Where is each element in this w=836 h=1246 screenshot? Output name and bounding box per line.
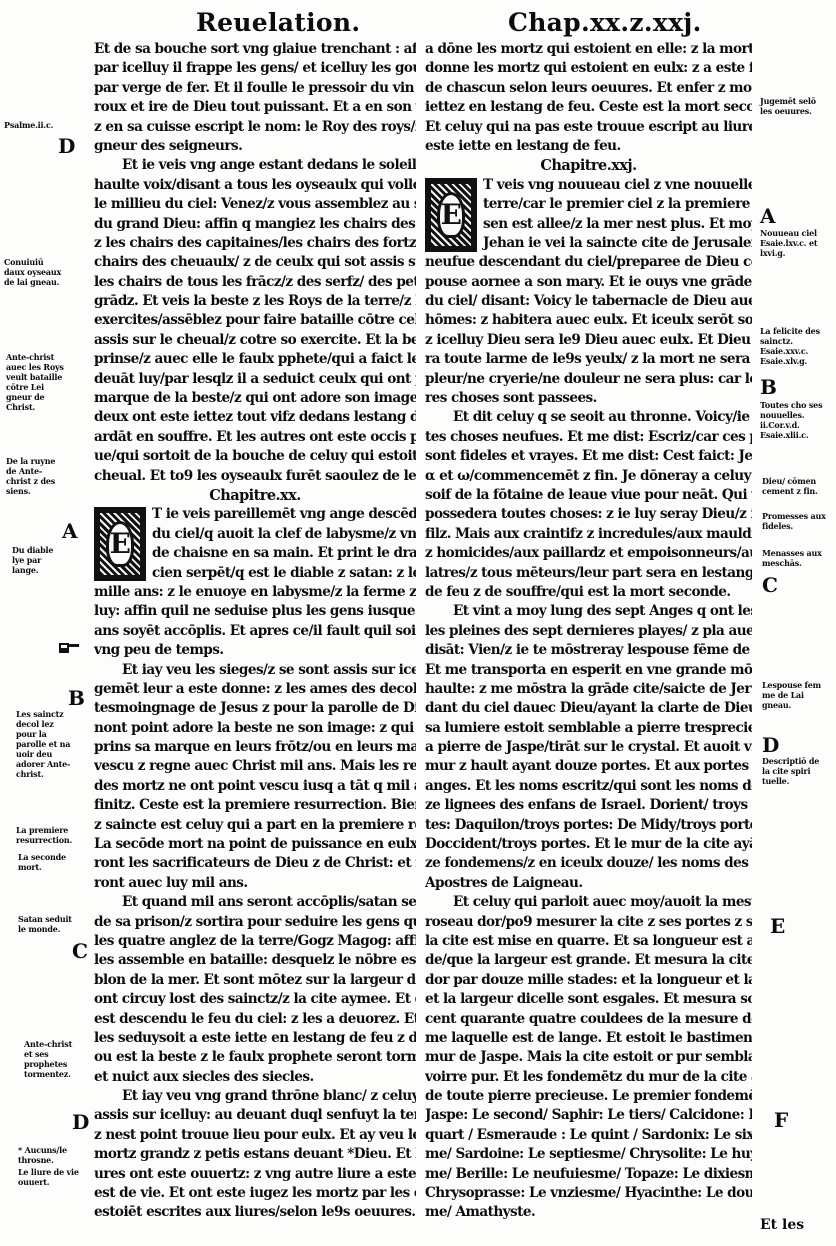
text-line: haulte: z me mōstra la grāde cite/saicte… (425, 680, 752, 699)
text-line: Et vint a moy lung des sept Anges q ont … (425, 602, 752, 621)
margin-note-satan-deslie: Satan seduit le monde. (18, 914, 74, 934)
margin-note-iugement: Jugemēt selō les oeuures. (760, 96, 826, 116)
text-line: mur z hault ayant douze portes. Et aux p… (425, 757, 752, 776)
text-line: α et ω/commencemēt z fin. Je dōneray a c… (425, 467, 752, 486)
margin-note-antichrist-rois: Ante-christ auec les Roys veult bataille… (6, 352, 68, 412)
text-line: ont circuy lost des sainctz/z la cite ay… (94, 990, 416, 1009)
text-line: du ciel/ disant: Voicy le tabernacle de … (425, 292, 752, 311)
text-line: me/ Berille: Le neufuiesme/ Topaze: Le d… (425, 1165, 752, 1184)
text-line: luy: affin quil ne seduise plus les gens… (94, 602, 416, 621)
text-line: z en sa cuisse escript le nom: le Roy de… (94, 118, 416, 137)
text-line: z saincte est celuy qui a part en la pre… (94, 816, 416, 835)
text-line: assis sur icelluy: au deuant duql senfuy… (94, 1106, 416, 1125)
text-line: pleur/ne cryerie/ne douleur ne sera plus… (425, 370, 752, 389)
text-line: ze fondemens/z en iceulx douze/ les noms… (425, 854, 752, 873)
text-line: sont fideles et vrayes. Et me dist: Cest… (425, 447, 752, 466)
drop-letter: E (437, 192, 465, 238)
text-line: ans soyēt accōplis. Et apres ce/il fault… (94, 622, 416, 641)
text-line: ou est la beste z le faulx prophete sero… (94, 1048, 416, 1067)
text-line: et nuict aux siecles des siecles. (94, 1068, 416, 1087)
text-line: z les chairs des capitaines/les chairs d… (94, 234, 416, 253)
text-line: des mortz ne ont point vescu iusq a tāt … (94, 777, 416, 796)
text-line: par verge de fer. Et il foulle le presso… (94, 79, 416, 98)
text-line: Et iay veu les sieges/z se sont assis su… (94, 661, 416, 680)
text-line: ront auec luy mil ans. (94, 874, 416, 893)
text-line: les chairs de tous les frācz/z des serfz… (94, 273, 416, 292)
text-line: pouse aornee a son mary. Et ie ouys vne … (425, 273, 752, 292)
text-line: cheual. Et to9 les oyseaulx furēt saoule… (94, 467, 416, 486)
text-line: mur de Jaspe. Mais la cite estoit or pur… (425, 1048, 752, 1067)
text-line: Et de sa bouche sort vng glaiue trenchan… (94, 40, 416, 59)
text-line: mortz grandz z petis estans deuant *Dieu… (94, 1145, 416, 1164)
margin-note-dieu-commencement: Dieu/ cōmen cement z fin. (762, 476, 828, 496)
section-marker-d-right: D (762, 735, 779, 755)
text-line: Et celuy qui parloit auec moy/auoit la m… (425, 893, 752, 912)
text-line: est descendu le feu du ciel: z les a deu… (94, 1010, 416, 1029)
text-line: Et celuy qui na pas este trouue escript … (425, 118, 752, 137)
text-line: roux et ire de Dieu tout puissant. Et a … (94, 98, 416, 117)
text-line: Et ie veis vng ange estant dedans le sol… (94, 156, 416, 175)
text-line: ze lignees des enfans de Israel. Dorient… (425, 796, 752, 815)
text-line: tes: Daquilon/troys portes: De Midy/troy… (425, 816, 752, 835)
margin-note-psalme: Psalme.ii.c. (4, 120, 64, 130)
text-line: gemēt leur a este donne: z les ames des … (94, 680, 416, 699)
margin-note-diable-lye: Du diable lye par lange. (12, 545, 68, 575)
margin-note-conuiuium: Conuiuiū daux oyseaux de lai gneau. (4, 257, 66, 287)
text-line: les seduysoit a este iette en lestang de… (94, 1029, 416, 1048)
text-line: me/ Sardoine: Le septiesme/ Chrysolite: … (425, 1145, 752, 1164)
section-marker-c-right: C (762, 575, 778, 595)
text-line: dor par douze mille stades: et la longue… (425, 971, 752, 990)
text-line: ra toute larme de le9s yeulx/ z la mort … (425, 350, 752, 369)
text-line: finitz. Ceste est la premiere resurrecti… (94, 796, 416, 815)
margin-note-antichrist-tormentez: Ante-christ et ses prophetes tormentez. (24, 1039, 80, 1079)
section-marker-f-right: F (774, 1110, 788, 1130)
text-line: nont point adore la beste ne son image: … (94, 719, 416, 738)
margin-note-promesses: Promesses aux fideles. (762, 511, 828, 531)
margin-note-ruyne-antichrist: De la ruyne de Ante-christ z des siens. (6, 456, 66, 496)
decorated-initial-icon: E (94, 507, 146, 581)
text-line: gneur des seigneurs. (94, 137, 416, 156)
decorated-initial-icon: E (425, 178, 477, 252)
text-line: possedera toutes choses: z ie luy seray … (425, 505, 752, 524)
right-text-column: a dōne les mortz qui estoient en elle: z… (425, 40, 752, 1223)
text-line: hōmes: z habitera auec eulx. Et iceulx s… (425, 311, 752, 330)
drop-letter: E (106, 521, 134, 567)
text-line: Et iay veu vng grand thrōne blanc/ z cel… (94, 1087, 416, 1106)
text-line: par icelluy il frappe les gens/ et icell… (94, 59, 416, 78)
text-line: ures ont este ouuertz: z vng autre liure… (94, 1165, 416, 1184)
margin-note-nouueau-ciel: Nouueau ciel Esaie.lxv.c. et lxvi.g. (760, 228, 826, 258)
text-line: latres/z tous mēteurs/leur part sera en … (425, 564, 752, 583)
text-line: neufue descendant du ciel/preparee de Di… (425, 253, 752, 272)
text-line: le millieu du ciel: Venez/z vous assembl… (94, 195, 416, 214)
text-line: deux ont este iettez tout vifz dedans le… (94, 408, 416, 427)
text-line: blon de la mer. Et sont mōtez sur la lar… (94, 971, 416, 990)
chapter-heading-xxi: Chapitre.xxj. (425, 156, 752, 175)
text-line: La secōde mort na point de puissance en … (94, 835, 416, 854)
text-line: ardāt en souffre. Et les autres ont este… (94, 428, 416, 447)
text-line: Doccident/troys portes. Et le mur de la … (425, 835, 752, 854)
text-line: de feu z de souffre/qui est la mort seco… (425, 583, 752, 602)
section-marker-d2: D (72, 1112, 89, 1132)
section-marker-b: B (68, 688, 85, 708)
section-marker-d: D (58, 136, 75, 156)
text-line: roseau dor/po9 mesurer la cite z ses por… (425, 913, 752, 932)
chapter-xxi-opening: E T veis vng nouueau ciel z vne nouuelle… (425, 176, 752, 254)
manicule-pointing-hand-icon (58, 641, 80, 655)
text-line: res choses sont passees. (425, 389, 752, 408)
running-head-left: Reuelation. (196, 8, 360, 37)
text-line: deuāt luy/par lesqlz il a seduict ceulx … (94, 370, 416, 389)
text-line: de/que la largeur est grande. Et mesura … (425, 951, 752, 970)
text-line: les pleines des sept dernieres playes/ z… (425, 622, 752, 641)
text-line: les assemble en bataille: desquelz le nō… (94, 951, 416, 970)
text-line: z homicides/aux paillardz et empoisonneu… (425, 544, 752, 563)
text-line: z nest point trouue lieu pour eulx. Et a… (94, 1126, 416, 1145)
text-line: anges. Et les noms escritz/qui sont les … (425, 777, 752, 796)
margin-note-aucuns-throne: * Aucuns/le throsne. (18, 1145, 76, 1165)
text-line: exercites/assēblez pour faire bataille c… (94, 311, 416, 330)
text-line: de toute pierre precieuse. Le premier fo… (425, 1087, 752, 1106)
margin-note-espouse: Lespouse fem me de Lai gneau. (762, 680, 828, 710)
text-line: tes choses neufues. Et me dist: Escriz/c… (425, 428, 752, 447)
section-marker-b-right: B (760, 377, 777, 397)
text-line: Et quand mil ans seront accōplis/satan s… (94, 893, 416, 912)
bible-page: Reuelation. Chap.xx.z.xxj. Et de sa bouc… (0, 0, 836, 1246)
text-line: estoiēt escrites aux liures/selon le9s o… (94, 1203, 416, 1222)
text-line: a pierre de Jaspe/tirāt sur le crystal. … (425, 738, 752, 757)
chapter-xx-opening: E T ie veis pareillemēt vng ange descēdā… (94, 505, 416, 583)
text-line: quart / Esmeraude : Le quint / Sardonix:… (425, 1126, 752, 1145)
text-line: este iette en lestang de feu. (425, 137, 752, 156)
text-line: grādz. Et veis la beste z les Roys de la… (94, 292, 416, 311)
text-line: iettez en lestang de feu. Ceste est la m… (425, 98, 752, 117)
text-line: prins sa marque en leurs frōtz/ou en leu… (94, 738, 416, 757)
text-line: haulte voix/disant a tous les oyseaulx q… (94, 176, 416, 195)
text-line: de chascun selon leurs oeuures. Et enfer… (425, 79, 752, 98)
text-line: et la largeur dicelle sont esgales. Et m… (425, 990, 752, 1009)
text-line: tesmoingnage de Jesus z pour la parolle … (94, 699, 416, 718)
text-line: Apostres de Laigneau. (425, 874, 752, 893)
text-line: a dōne les mortz qui estoient en elle: z… (425, 40, 752, 59)
chapter-heading-xx: Chapitre.xx. (94, 486, 416, 505)
text-line: filz. Mais aux craintifz z incredules/au… (425, 525, 752, 544)
text-line: est de vie. Et ont este iugez les mortz … (94, 1184, 416, 1203)
margin-note-premiere-resurrection: La premiere resurrection. (16, 825, 76, 845)
text-line: prinse/z auec elle le faulx pphete/qui a… (94, 350, 416, 369)
text-line: cent quarante quatre couldees de la mesu… (425, 1010, 752, 1029)
text-line: Jaspe: Le second/ Saphir: Le tiers/ Calc… (425, 1106, 752, 1125)
text-line: marque de la beste/z qui ont adore son i… (94, 389, 416, 408)
text-line: les quatre anglez de la terre/Gogz Magog… (94, 932, 416, 951)
margin-note-menaces: Menasses aux meschās. (762, 548, 828, 568)
text-line: disāt: Vien/z ie te mōstreray lespouse f… (425, 641, 752, 660)
section-marker-c: C (72, 941, 88, 961)
margin-note-sainctz: Les sainctz decol lez pour la parolle et… (16, 709, 72, 779)
text-line: voirre pur. Et les fondemētz du mur de l… (425, 1068, 752, 1087)
text-line: me/ Amathyste. (425, 1203, 752, 1222)
text-line: Et dit celuy q se seoit au thronne. Voic… (425, 408, 752, 427)
text-line: Chrysoprasse: Le vnziesme/ Hyacinthe: Le… (425, 1184, 752, 1203)
text-line: vescu z regne auec Christ mil ans. Mais … (94, 757, 416, 776)
text-line: mille ans: z le enuoye en labysme/z la f… (94, 583, 416, 602)
section-marker-e-right: E (770, 916, 785, 936)
text-line: soif de la fōtaine de leaue viue pour ne… (425, 486, 752, 505)
left-text-column: Et de sa bouche sort vng glaiue trenchan… (94, 40, 416, 1223)
margin-note-seconde-mort: La seconde mort. (18, 852, 72, 872)
text-line: z icelluy Dieu sera le9 Dieu auec eulx. … (425, 331, 752, 350)
margin-note-toutes-choses: Toutes cho ses nouuelles. ii.Cor.v.d. Es… (760, 400, 826, 440)
catchword: Et les (760, 1217, 804, 1233)
text-line: ront les sacrificateurs de Dieu z de Chr… (94, 854, 416, 873)
text-line: sa lumiere estoit semblable a pierre tre… (425, 719, 752, 738)
text-line: de sa prison/z sortira pour seduire les … (94, 913, 416, 932)
text-line: la cite est mise en quarre. Et sa longue… (425, 932, 752, 951)
text-line: me laquelle est de lange. Et estoit le b… (425, 1029, 752, 1048)
text-line: chairs des cheuaulx/ z de ceulx qui sot … (94, 253, 416, 272)
section-marker-a: A (62, 521, 78, 541)
text-line: Et me transporta en esperit en vne grand… (425, 661, 752, 680)
text-line: donne les mortz qui estoient en eulx: z … (425, 59, 752, 78)
margin-note-felicite: La felicite des sainctz. Esaie.xxv.c. Es… (760, 326, 826, 366)
text-line: vng peu de temps. (94, 641, 416, 660)
text-line: ue/qui sortoit de la bouche de celuy qui… (94, 447, 416, 466)
running-head-right: Chap.xx.z.xxj. (508, 8, 702, 37)
text-line: du grand Dieu: affin q mangiez les chair… (94, 215, 416, 234)
section-marker-a-right: A (760, 206, 776, 226)
margin-note-description: Descriptiō de la cite spiri tuelle. (762, 756, 828, 786)
margin-note-liure-vie: Le liure de vie ouuert. (18, 1167, 80, 1187)
text-line: assis sur le cheual/z cotre so exercite.… (94, 331, 416, 350)
text-line: dant du ciel dauec Dieu/ayant la clarte … (425, 699, 752, 718)
